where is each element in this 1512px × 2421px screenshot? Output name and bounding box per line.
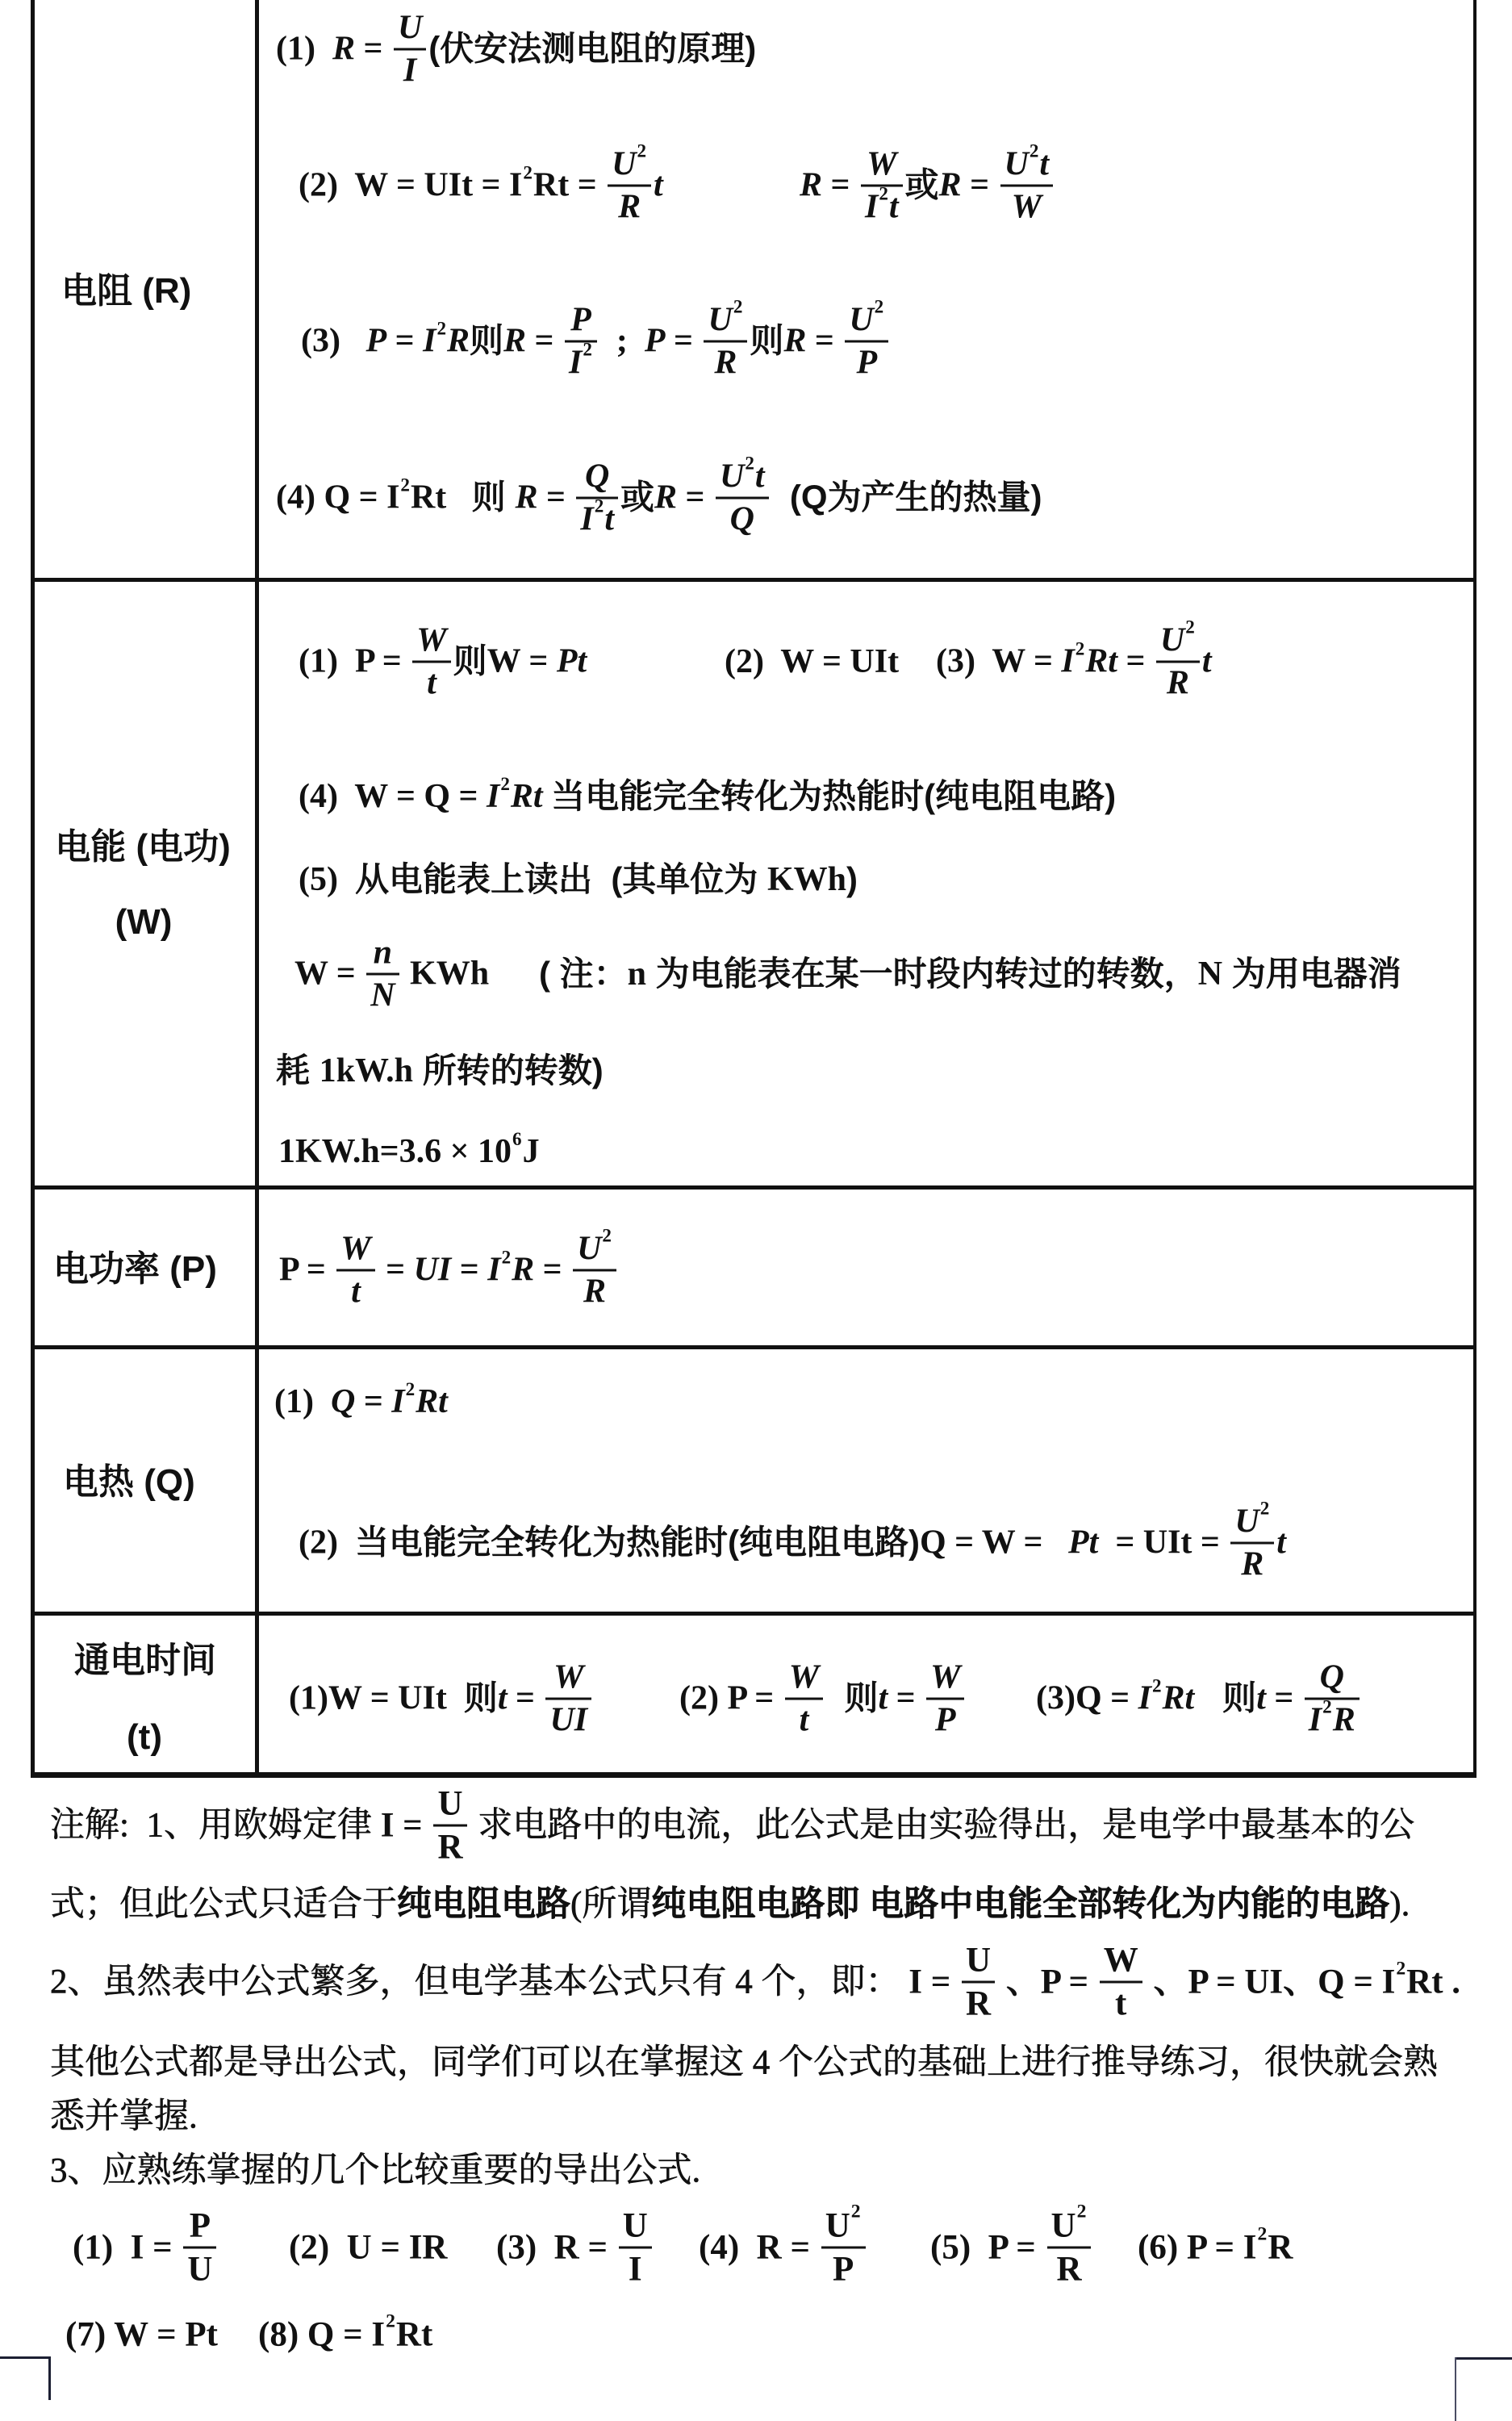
math-text: (4) R = <box>699 2229 819 2265</box>
math-variable: t <box>878 1681 888 1716</box>
text-run: (伏安法测电阻的原理) <box>428 31 756 67</box>
fraction-numerator: Q <box>581 460 613 494</box>
formula-line: 1KW.h=3.6 × 106J <box>278 1134 540 1169</box>
document-page: 电阻 (R) 电能 (电功) (W) 电功率 (P) 电热 (Q) 通电时间 (… <box>0 0 1512 2421</box>
fraction-bar <box>394 48 426 51</box>
math-variable: R <box>512 1252 534 1288</box>
superscript: 2 <box>1322 1698 1332 1716</box>
math-variable: Q <box>730 503 754 537</box>
fraction: WUI <box>545 1661 591 1737</box>
math-text: = <box>386 324 423 359</box>
formula-line: (4) Q = I2Rt 则 R = QI2t或R = U2tQ (Q为产生的热… <box>276 460 1042 537</box>
fraction: QI2R <box>1305 1661 1360 1737</box>
math-text: 1KW.h=3.6 × 10 <box>278 1134 512 1169</box>
row-label-energizing-time-symbol: (t) <box>127 1717 162 1758</box>
superscript: 2 <box>1396 1959 1405 1979</box>
formula-line: (1) P = Wt则W = Pt <box>299 624 587 700</box>
math-text: I <box>629 2252 642 2287</box>
note-line: 耗 1kW.h 所转的转数) <box>276 1053 604 1089</box>
fraction-numerator: Q <box>1316 1661 1348 1695</box>
fraction: PI2 <box>565 303 597 380</box>
math-variable: Pt <box>557 644 587 679</box>
fraction-bar <box>962 1981 995 1984</box>
math-variable: U <box>577 1232 601 1266</box>
math-variable: t <box>1276 1525 1286 1561</box>
math-variable: U <box>708 303 732 337</box>
fraction-numerator: U2 <box>704 303 747 337</box>
math-text: (3) R = <box>496 2229 616 2265</box>
fraction-numerator: U2 <box>1047 2209 1092 2243</box>
math-variable: t <box>1039 148 1049 182</box>
text-run: 悉并掌握. <box>50 2098 198 2135</box>
note-paragraph-line: 式；但此公式只适合于纯电阻电路(所谓纯电阻电路即 电路中电能全部转化为内能的电路… <box>50 1886 1410 1922</box>
math-variable: R <box>515 480 537 516</box>
row-label-electric-power: 电功率 (P) <box>53 1240 217 1291</box>
math-variable: I <box>569 346 582 380</box>
math-variable: t <box>1202 644 1212 679</box>
math-text: (5) <box>299 862 355 897</box>
text-run: 或 <box>905 168 939 203</box>
math-variable: t <box>427 667 436 700</box>
fraction-denominator: R <box>579 1275 610 1309</box>
math-text: = <box>888 1681 924 1716</box>
math-text: (4) Q = I <box>276 480 399 516</box>
math-text: (2) <box>299 1525 355 1561</box>
fraction: UR <box>962 1943 995 2022</box>
derived-formula: (8) Q = I2Rt <box>258 2316 432 2352</box>
fraction-bar <box>565 341 597 343</box>
math-variable: UI <box>414 1252 452 1288</box>
fraction-numerator: W <box>1100 1943 1142 1978</box>
note-paragraph-line: 2、虽然表中公式繁多，但电学基本公式只有 4 个，即： I = UR 、P = … <box>50 1943 1460 2022</box>
math-text: n <box>628 956 646 992</box>
math-text: U <box>437 1787 462 1821</box>
superscript: 2 <box>1077 2203 1087 2222</box>
math-variable: Rt <box>1085 644 1117 679</box>
fraction-denominator: I <box>624 2252 646 2287</box>
math-text: U <box>825 2209 850 2243</box>
fraction-denominator: R <box>1237 1548 1268 1582</box>
fraction-denominator: P <box>829 2252 858 2287</box>
row-divider <box>31 1185 1476 1190</box>
superscript: 2 <box>745 454 754 473</box>
fraction: Wt <box>1100 1943 1142 2022</box>
math-variable: R <box>783 324 806 359</box>
fraction-denominator: I2R <box>1305 1704 1360 1737</box>
math-text: = UIt = <box>1098 1525 1228 1561</box>
math-variable: t <box>654 168 663 203</box>
math-variable: P <box>645 324 666 359</box>
math-text: P = <box>279 1252 334 1288</box>
fraction: nN <box>366 936 399 1013</box>
row-label-electric-heat: 电热 (Q) <box>63 1453 195 1504</box>
math-variable: n <box>374 936 392 970</box>
text-run: 从电能表上读出 (其单位为 <box>355 862 767 897</box>
superscript: 2 <box>1185 618 1195 637</box>
fraction: WP <box>926 1661 964 1737</box>
math-text: (1)W = UIt <box>289 1681 464 1716</box>
superscript: 2 <box>583 341 592 359</box>
math-variable: W <box>553 1661 583 1695</box>
fraction: U2R <box>608 148 651 224</box>
text-run: 2、虽然表中公式繁多，但电学基本公式只有 4 个，即： <box>50 1963 908 2000</box>
math-variable: I <box>1061 644 1074 679</box>
math-text: U <box>1051 2209 1076 2243</box>
fraction: Wt <box>785 1661 823 1737</box>
math-text: (8) Q = I <box>258 2316 385 2352</box>
table-bottom-border <box>31 1772 1476 1778</box>
fraction-denominator: R <box>614 190 645 224</box>
math-variable: t <box>755 460 765 494</box>
fraction-bar <box>183 2247 216 2249</box>
fraction-numerator: n <box>370 936 396 970</box>
math-text: (3) <box>301 324 365 359</box>
table-column-divider <box>255 0 259 1778</box>
fraction-denominator: t <box>423 667 441 700</box>
math-variable: Rt <box>416 1384 448 1420</box>
text-run: 则 <box>1194 1681 1256 1716</box>
math-variable: R <box>1167 667 1189 700</box>
fraction: QI2t <box>576 460 618 537</box>
math-text: U <box>187 2252 212 2287</box>
fraction-bar <box>821 2247 866 2249</box>
math-text: P <box>833 2252 854 2287</box>
math-text: = <box>378 1252 414 1288</box>
math-text: = <box>822 168 858 203</box>
math-text: = <box>677 480 713 516</box>
text-run: ( 注： <box>539 956 628 992</box>
math-text: Q = W = <box>920 1525 1068 1561</box>
fraction-numerator: U2 <box>573 1232 616 1266</box>
derived-formula: (2) U = IR <box>289 2229 447 2265</box>
math-variable: R <box>800 168 822 203</box>
fraction-bar <box>704 341 747 343</box>
text-run: 注解: 1、用欧姆定律 <box>50 1807 381 1843</box>
row-label-resistance: 电阻 (R) <box>61 261 191 313</box>
note-paragraph-line: 悉并掌握. <box>50 2098 198 2135</box>
fraction: U2R <box>573 1232 616 1309</box>
note-paragraph-line: 注解: 1、用欧姆定律 I = UR 求电路中的电流，此公式是由实验得出，是电学… <box>50 1787 1414 1865</box>
text-run: 求电路中的电流，此公式是由实验得出，是电学中最基本的公 <box>470 1807 1415 1843</box>
formula-line: W = nN KWh <box>294 936 489 1013</box>
text-run: 则 <box>464 1681 498 1716</box>
fraction: U2tQ <box>716 460 769 537</box>
fraction-denominator: P <box>852 346 881 380</box>
fraction-denominator: Q <box>726 503 758 537</box>
superscript: 2 <box>595 497 604 516</box>
text-run: (所谓 <box>570 1886 651 1922</box>
fraction-numerator: W <box>549 1661 587 1695</box>
math-variable: P <box>856 346 877 380</box>
math-text: t <box>1115 1987 1126 2022</box>
text-run: 当电能完全转化为热能时(纯电阻电路) <box>551 779 1116 814</box>
math-text: = <box>526 324 562 359</box>
math-text: KWh <box>402 956 490 992</box>
math-text: (1) I = <box>73 2229 181 2265</box>
fraction-numerator: W <box>863 148 900 182</box>
formula-line: (3) W = I2Rt = U2Rt <box>936 624 1211 700</box>
text-run: 耗 <box>276 1053 320 1089</box>
text-run: ) <box>846 862 858 897</box>
text-run: 则 <box>470 324 503 359</box>
math-text: W = <box>294 956 364 992</box>
math-text: (2) W = UIt <box>725 644 899 679</box>
superscript: 2 <box>502 1248 512 1267</box>
fraction-denominator: t <box>1111 1987 1130 2022</box>
math-variable: I <box>487 779 499 814</box>
math-text: U <box>966 1943 991 1978</box>
superscript: 2 <box>1030 142 1039 161</box>
formula-line: (1) Q = I2Rt <box>274 1384 448 1420</box>
math-text: = <box>1117 644 1154 679</box>
math-text: R <box>1056 2252 1081 2287</box>
fraction-numerator: U <box>962 1943 995 1978</box>
math-variable: Q <box>1320 1661 1344 1695</box>
fraction-numerator: U2t <box>1000 148 1054 182</box>
math-text: = <box>534 1252 570 1288</box>
fraction-denominator: R <box>710 346 741 380</box>
math-text: I = <box>908 1963 959 2000</box>
fraction-numerator: U2t <box>716 460 769 494</box>
math-variable: W <box>789 1661 819 1695</box>
fraction-numerator: W <box>412 624 450 658</box>
math-variable: W <box>416 624 446 658</box>
fraction: U2R <box>1156 624 1200 700</box>
math-variable: I <box>403 54 416 88</box>
math-variable: t <box>889 190 899 224</box>
math-text: = <box>355 1384 391 1420</box>
fraction-bar <box>785 1698 823 1700</box>
formula-line: (2) P = Wt 则t = WP <box>679 1661 967 1737</box>
derived-formula: (5) P = U2R <box>930 2209 1093 2287</box>
math-variable: t <box>604 503 614 537</box>
math-variable: R <box>503 324 526 359</box>
math-text: (2) U = IR <box>289 2229 447 2265</box>
fraction-denominator: R <box>1163 667 1193 700</box>
math-variable: I <box>487 1252 500 1288</box>
math-variable: U <box>720 460 744 494</box>
fraction-bar <box>1156 661 1200 663</box>
math-text: = <box>537 480 574 516</box>
text-run: 其他公式都是导出公式，同学们可以在掌握这 4 个公式的基础上进行推导练习，很快就… <box>50 2044 1438 2080</box>
formula-line: P = Wt = UI = I2R = U2R <box>279 1232 619 1309</box>
math-variable: P <box>935 1704 956 1737</box>
formula-line: (2) W = UIt <box>725 644 899 679</box>
fraction: U2tW <box>1000 148 1054 224</box>
math-text: (2) W = UIt = I <box>299 168 522 203</box>
math-variable: Pt <box>1068 1525 1098 1561</box>
fraction-bar <box>412 661 450 663</box>
superscript: 2 <box>1152 1676 1162 1696</box>
math-variable: U <box>612 148 636 182</box>
crop-mark-left-horizontal <box>0 2356 51 2359</box>
fraction-denominator: U <box>183 2252 216 2287</box>
fraction-numerator: P <box>566 303 595 337</box>
math-text: Rt <box>396 2316 432 2352</box>
text-run: 为用电器消 <box>1222 956 1401 992</box>
note-paragraph-line: 其他公式都是导出公式，同学们可以在掌握这 4 个公式的基础上进行推导练习，很快就… <box>50 2044 1438 2080</box>
math-text: R <box>966 1987 991 2022</box>
math-variable: R <box>332 31 355 67</box>
text-run: 则 <box>750 324 783 359</box>
formula-line: R = WI2t或R = U2tW <box>800 148 1055 224</box>
math-text: 、P = UI、Q = I <box>1145 1963 1396 2000</box>
math-variable: U <box>1160 624 1184 658</box>
superscript: 2 <box>851 2203 861 2222</box>
math-text: (7) W = Pt <box>65 2316 218 2352</box>
fraction-bar <box>1230 1542 1274 1545</box>
derived-formula: (7) W = Pt <box>65 2316 218 2352</box>
fraction-denominator: N <box>366 979 399 1013</box>
formula-line: (5) 从电能表上读出 (其单位为 KWh) <box>299 862 858 897</box>
math-text: = <box>962 168 998 203</box>
math-variable: R <box>714 346 737 380</box>
text-run: 式；但此公式只适合于 <box>50 1886 397 1922</box>
derived-formula: (3) R = UI <box>496 2209 654 2287</box>
fraction: U2R <box>1047 2209 1092 2287</box>
row-divider <box>31 578 1476 582</box>
note-paragraph-line: 3、应熟练掌握的几个比较重要的导出公式. <box>50 2152 700 2189</box>
fraction-denominator: I2t <box>861 190 903 224</box>
text-run: 则 <box>472 480 516 516</box>
fraction-denominator: t <box>347 1275 365 1309</box>
formula-line: (1) R = UI(伏安法测电阻的原理) <box>276 11 756 88</box>
superscript: 2 <box>879 185 888 203</box>
formula-line: (3)Q = I2Rt 则t = QI2R <box>1036 1661 1362 1737</box>
math-variable: I <box>1138 1681 1151 1716</box>
fraction: U2P <box>845 303 888 380</box>
text-run: 则 <box>825 1681 878 1716</box>
math-variable: W <box>930 1661 960 1695</box>
crop-mark-left-vertical <box>48 2356 51 2400</box>
math-variable: R <box>654 480 677 516</box>
math-text: W = <box>487 644 557 679</box>
text-run: ). <box>1389 1886 1410 1922</box>
fraction-numerator: U2 <box>1156 624 1200 658</box>
superscript: 2 <box>1260 1499 1270 1518</box>
math-variable: R <box>618 190 641 224</box>
math-text: = <box>355 31 391 67</box>
math-variable: R <box>1241 1548 1263 1582</box>
superscript: 2 <box>386 2311 395 2331</box>
fraction: UR <box>433 1787 466 1865</box>
row-label-electric-energy-symbol: (W) <box>115 902 173 943</box>
crop-mark-right-horizontal <box>1455 2357 1512 2360</box>
math-text: U <box>623 2209 648 2243</box>
math-text: (3) W = <box>936 644 1061 679</box>
fraction-bar <box>573 1269 616 1272</box>
superscript: 2 <box>1076 639 1085 659</box>
math-text: (1) <box>276 31 332 67</box>
math-text: I = <box>381 1807 432 1843</box>
math-text: (3)Q = <box>1036 1681 1138 1716</box>
text-run: 为电能表在某一时段内转过的转数， <box>646 956 1198 992</box>
text-run: 则 <box>453 644 487 679</box>
fraction-bar <box>545 1698 591 1700</box>
crop-mark-right-vertical <box>1455 2357 1456 2421</box>
fraction-denominator: W <box>1008 190 1046 224</box>
fraction-bar <box>1047 2247 1092 2249</box>
fraction-bar <box>1305 1698 1360 1700</box>
fraction-bar <box>716 497 769 500</box>
math-variable: Rt <box>511 779 551 814</box>
math-variable: R <box>939 168 962 203</box>
math-text: Rt = <box>533 168 605 203</box>
math-variable: I <box>1309 1704 1322 1737</box>
text-run: 纯电阻电路即 电路中电能全部转化为内能的电路 <box>651 1886 1389 1922</box>
fraction-bar <box>433 1825 466 1827</box>
fraction-bar <box>845 341 888 343</box>
fraction-numerator: U <box>394 11 426 45</box>
math-variable: R <box>583 1275 606 1309</box>
math-variable: W <box>867 148 896 182</box>
math-text: ; <box>599 324 645 359</box>
math-variable: I <box>391 1384 404 1420</box>
derived-formula: (1) I = PU <box>73 2209 219 2287</box>
fraction: U2P <box>821 2209 866 2287</box>
fraction: UI <box>394 11 426 88</box>
superscript: 2 <box>523 163 533 182</box>
row-divider <box>31 1612 1476 1616</box>
superscript: 2 <box>637 142 646 161</box>
fraction-numerator: W <box>336 1232 374 1266</box>
math-text: P <box>190 2209 211 2243</box>
table-right-border <box>1473 0 1476 1778</box>
superscript: 2 <box>875 298 884 316</box>
fraction-denominator: P <box>931 1704 960 1737</box>
math-variable: t <box>1256 1681 1266 1716</box>
fraction-denominator: R <box>433 1830 466 1865</box>
math-variable: t <box>498 1681 507 1716</box>
fraction: Wt <box>336 1232 374 1309</box>
fraction-numerator: W <box>785 1661 823 1695</box>
formula-line: (3) P = I2R则R = PI2 ; P = U2R则R = U2P <box>301 303 891 380</box>
fraction-numerator: U <box>433 1787 466 1821</box>
fraction: UI <box>619 2209 652 2287</box>
formula-line: (1)W = UIt 则t = WUI <box>289 1661 594 1737</box>
superscript: 2 <box>1258 2224 1268 2244</box>
row-label-electric-energy: 电能 (电功) <box>55 817 231 869</box>
math-variable: W <box>340 1232 370 1266</box>
row-label-energizing-time: 通电时间 <box>74 1631 216 1683</box>
row-divider <box>31 1345 1476 1349</box>
math-text: Rt . <box>1406 1963 1460 2000</box>
math-text: W <box>1104 1943 1138 1978</box>
fraction-denominator: R <box>962 1987 995 2022</box>
fraction-denominator: UI <box>545 1704 591 1737</box>
text-run: (Q为产生的热量) <box>771 480 1042 516</box>
math-text: 1kW.h <box>320 1053 413 1089</box>
text-run: 或 <box>620 480 654 516</box>
fraction-bar <box>1100 1981 1142 1984</box>
math-text: KWh <box>767 862 846 897</box>
text-run: 3、应熟练掌握的几个比较重要的导出公式. <box>50 2152 700 2189</box>
math-variable: U <box>849 303 873 337</box>
math-variable: U <box>1005 148 1029 182</box>
formula-line: (2) 当电能完全转化为热能时(纯电阻电路)Q = W = Pt = UIt =… <box>299 1505 1286 1582</box>
fraction-numerator: U2 <box>845 303 888 337</box>
fraction-denominator: I2t <box>576 503 618 537</box>
fraction-denominator: R <box>1052 2252 1085 2287</box>
superscript: 6 <box>512 1129 522 1148</box>
fraction: U2R <box>704 303 747 380</box>
math-text: = <box>666 324 702 359</box>
math-text: = <box>451 1252 487 1288</box>
fraction-numerator: U2 <box>608 148 651 182</box>
superscript: 2 <box>406 1379 416 1399</box>
math-variable: Q <box>331 1384 355 1420</box>
text-run: 所转的转数) <box>413 1053 604 1089</box>
